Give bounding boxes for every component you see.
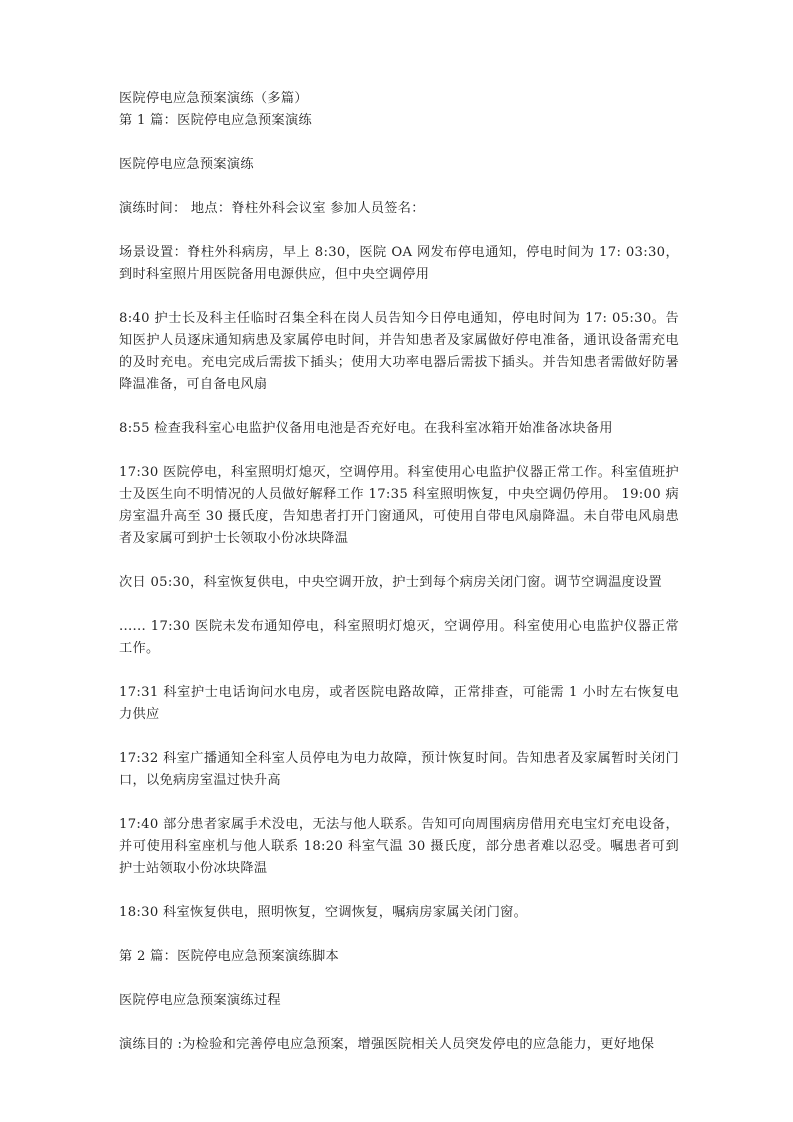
paragraph-1730-unannounced: ...... 17:30 医院未发布通知停电，科室照明灯熄灭，空调停用。科室使用… <box>119 616 679 660</box>
part1-subtitle: 医院停电应急预案演练 <box>119 154 679 176</box>
document-title: 医院停电应急预案演练（多篇） <box>119 88 679 110</box>
paragraph-0855: 8:55 检查我科室心电监护仪备用电池是否充好电。在我科室冰箱开始准备冰块备用 <box>119 418 679 440</box>
paragraph-0840: 8:40 护士长及科主任临时召集全科在岗人员告知今日停电通知，停电时间为 17:… <box>119 308 679 396</box>
paragraph-next-day: 次日 05:30，科室恢复供电，中央空调开放，护士到每个病房关闭门窗。调节空调温… <box>119 572 679 594</box>
part1-heading: 第 1 篇：医院停电应急预案演练 <box>119 110 679 132</box>
paragraph-1731: 17:31 科室护士电话询问水电房，或者医院电路故障，正常排查，可能需 1 小时… <box>119 682 679 726</box>
drill-meta-line: 演练时间： 地点：脊柱外科会议室 参加人员签名： <box>119 198 679 220</box>
paragraph-scenario: 场景设置：脊柱外科病房，早上 8:30，医院 OA 网发布停电通知，停电时间为 … <box>119 242 679 286</box>
paragraph-1740: 17:40 部分患者家属手术没电，无法与他人联系。告知可向周围病房借用充电宝灯充… <box>119 814 679 880</box>
document-page: 医院停电应急预案演练（多篇） 第 1 篇：医院停电应急预案演练 医院停电应急预案… <box>119 88 679 1056</box>
part2-purpose: 演练目的 :为检验和完善停电应急预案，增强医院相关人员突发停电的应急能力，更好地… <box>119 1034 679 1056</box>
paragraph-1732: 17:32 科室广播通知全科室人员停电为电力故障，预计恢复时间。告知患者及家属暂… <box>119 748 679 792</box>
paragraph-1730: 17:30 医院停电，科室照明灯熄灭，空调停用。科室使用心电监护仪器正常工作。科… <box>119 462 679 550</box>
part2-heading: 第 2 篇：医院停电应急预案演练脚本 <box>119 946 679 968</box>
paragraph-1830: 18:30 科室恢复供电，照明恢复，空调恢复，嘱病房家属关闭门窗。 <box>119 902 679 924</box>
part2-subtitle: 医院停电应急预案演练过程 <box>119 990 679 1012</box>
